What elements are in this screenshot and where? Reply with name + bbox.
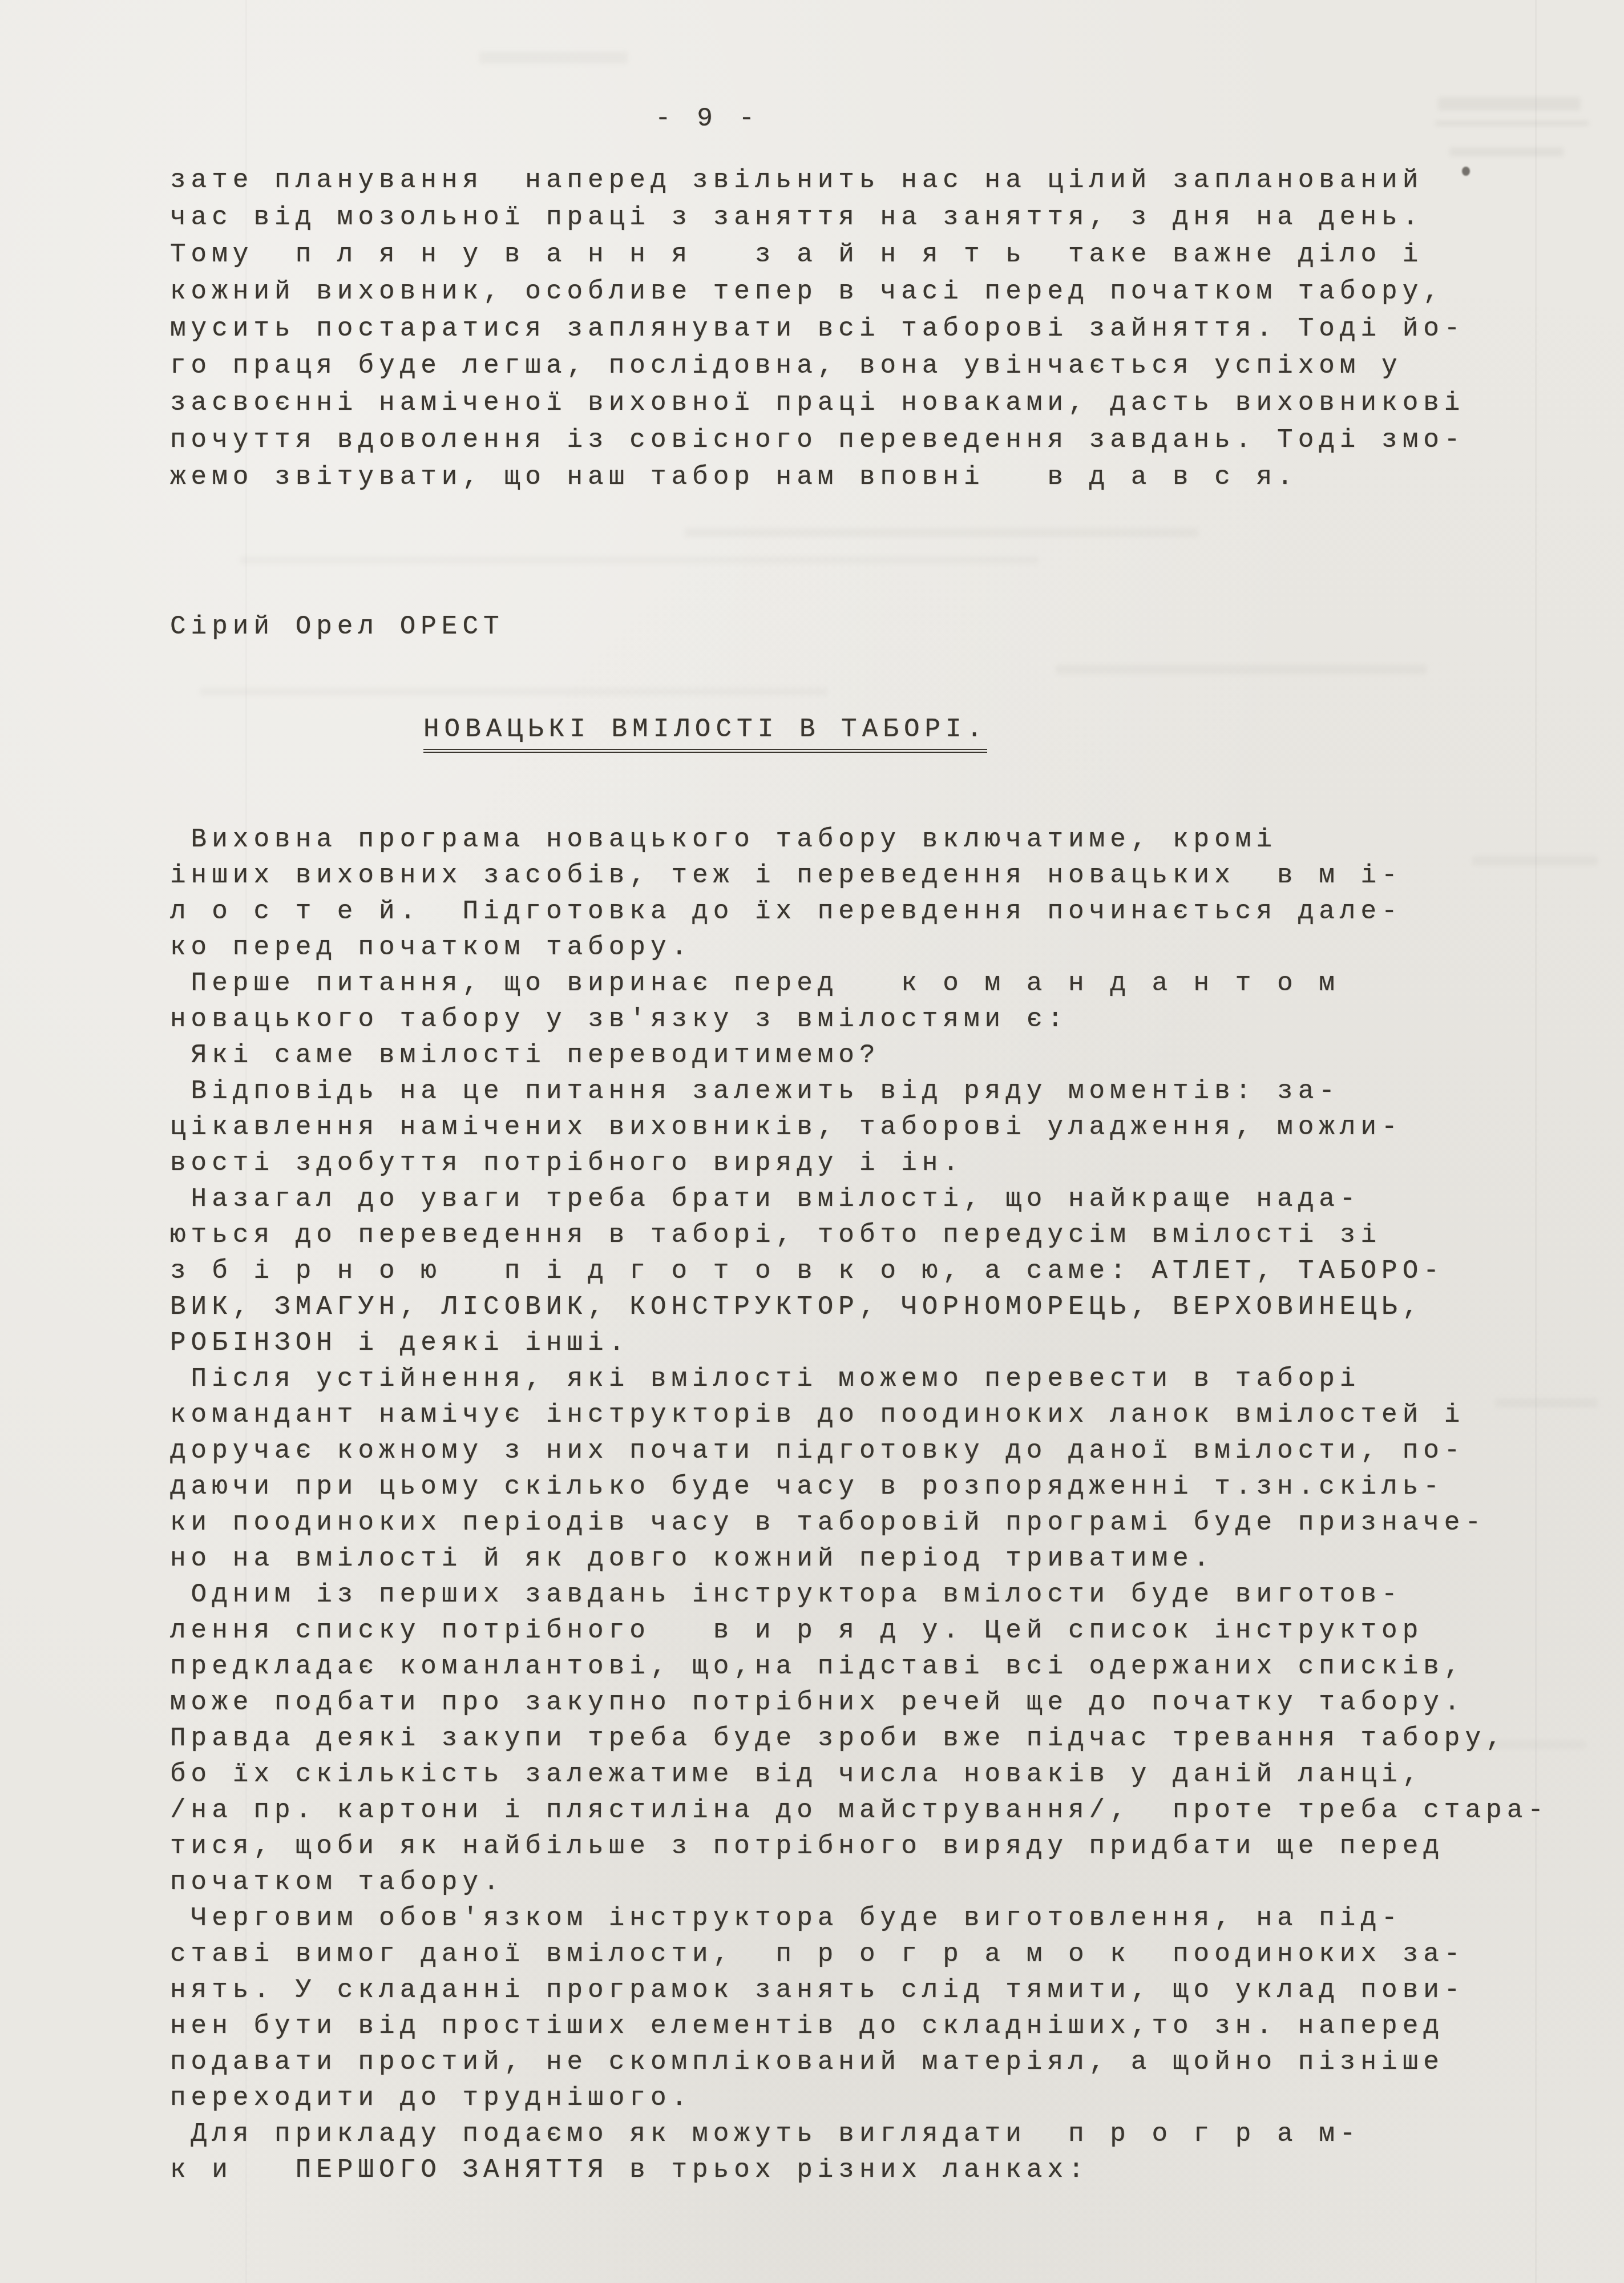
bleed-through-artifact bbox=[1449, 147, 1564, 156]
author-line: Сірий Орел ОРЕСТ bbox=[170, 612, 504, 642]
text-line: ставі вимог даної вмілости, п р о г р а … bbox=[170, 1939, 1549, 1975]
bleed-through-artifact bbox=[1438, 97, 1581, 111]
text-line: новацького табору у зв'язку з вмілостями… bbox=[170, 1005, 1549, 1040]
text-line: може подбати про закупно потрібних речей… bbox=[170, 1688, 1549, 1724]
text-line: но на вмілості й як довго кожний період … bbox=[170, 1544, 1549, 1580]
text-line: Для прикладу подаємо як можуть виглядати… bbox=[170, 2119, 1549, 2155]
section-heading: НОВАЦЬКІ ВМІЛОСТІ В ТАБОРІ. bbox=[423, 715, 987, 753]
text-line: ки поодиноких періодів часу в таборовій … bbox=[170, 1508, 1549, 1544]
text-line: командант намічує інструкторів до поодин… bbox=[170, 1400, 1549, 1436]
bleed-through-artifact bbox=[200, 688, 827, 696]
text-line: ко перед початком табору. bbox=[170, 933, 1549, 969]
text-line: інших виховних засобів, теж і переведенн… bbox=[170, 861, 1549, 897]
bleed-through-artifact bbox=[479, 51, 628, 64]
text-line: Після устійнення, які вмілості можемо пе… bbox=[170, 1364, 1549, 1400]
bleed-through-artifact bbox=[1435, 121, 1589, 126]
bleed-through-artifact bbox=[685, 528, 1198, 537]
text-line: цікавлення намічених виховників, таборов… bbox=[170, 1112, 1549, 1148]
text-line: ються до переведення в таборі, тобто пер… bbox=[170, 1220, 1549, 1256]
bleed-through-artifact bbox=[240, 556, 1039, 564]
text-line: тися, щоби як найбільше з потрібного вир… bbox=[170, 1832, 1549, 1867]
text-line: жемо звітувати, що наш табор нам вповні … bbox=[170, 462, 1465, 499]
section-heading-text: НОВАЦЬКІ ВМІЛОСТІ В ТАБОРІ. bbox=[423, 715, 987, 753]
body-text: Виховна програма новацького табору включ… bbox=[170, 825, 1549, 2191]
text-line: подавати простий, не скомплікований мате… bbox=[170, 2047, 1549, 2083]
text-line: л о с т е й. Підготовка до їх перевдення… bbox=[170, 897, 1549, 933]
text-line: Які саме вмілості переводитимемо? bbox=[170, 1040, 1549, 1076]
bleed-through-artifact bbox=[1056, 665, 1427, 674]
text-line: початком табору. bbox=[170, 1867, 1549, 1903]
text-line: к и ПЕРШОГО ЗАНЯТТЯ в трьох різних ланка… bbox=[170, 2155, 1549, 2191]
text-line: Перше питання, що виринає перед к о м а … bbox=[170, 969, 1549, 1005]
text-line: Черговим обов'язком інструктора буде виг… bbox=[170, 1903, 1549, 1939]
text-line: лення списку потрібного в и р я д у. Цей… bbox=[170, 1616, 1549, 1652]
text-line: зате планування наперед звільнить нас на… bbox=[170, 166, 1465, 203]
text-line: РОБІНЗОН і деякі інші. bbox=[170, 1328, 1549, 1364]
typewritten-page-scan: - 9 - зате планування наперед звільнить … bbox=[0, 0, 1624, 2283]
text-line: даючи при цьому скілько буде часу в розп… bbox=[170, 1472, 1549, 1508]
text-line: Виховна програма новацького табору включ… bbox=[170, 825, 1549, 861]
text-line: Правда деякі закупи треба буде зроби вже… bbox=[170, 1724, 1549, 1760]
text-line: засвоєнні наміченої виховної праці новак… bbox=[170, 388, 1465, 425]
text-line: Тому п л я н у в а н н я з а й н я т ь т… bbox=[170, 240, 1465, 277]
text-line: ВИК, ЗМАГУН, ЛІСОВИК, КОНСТРУКТОР, ЧОРНО… bbox=[170, 1292, 1549, 1328]
text-line: з б і р н о ю п і д г о т о в к о ю, а с… bbox=[170, 1256, 1549, 1292]
text-line: Відповідь на це питання залежить від ряд… bbox=[170, 1076, 1549, 1112]
text-line: час від мозольної праці з заняття на зан… bbox=[170, 203, 1465, 240]
text-line: нен бути від простіших елементів до скла… bbox=[170, 2011, 1549, 2047]
text-line: предкладає команлантові, що,на підставі … bbox=[170, 1652, 1549, 1688]
text-line: Назагал до уваги треба брати вмілості, щ… bbox=[170, 1184, 1549, 1220]
text-line: вості здобуття потрібного виряду і ін. bbox=[170, 1148, 1549, 1184]
text-line: нять. У складанні програмок занять слід … bbox=[170, 1975, 1549, 2011]
text-line: кожний виховник, особливе тепер в часі п… bbox=[170, 277, 1465, 314]
text-line: /на пр. картони і плястиліна до майструв… bbox=[170, 1796, 1549, 1832]
text-line: мусить постаратися заплянувати всі табор… bbox=[170, 314, 1465, 351]
text-line: Одним із перших завдань інструктора вміл… bbox=[170, 1580, 1549, 1616]
text-line: доручає кожному з них почати підготовку … bbox=[170, 1436, 1549, 1472]
text-line: почуття вдоволення із совісного переведе… bbox=[170, 425, 1465, 462]
page-number: - 9 - bbox=[655, 104, 760, 134]
text-line: переходити до труднішого. bbox=[170, 2083, 1549, 2119]
text-line: го праця буде легша, послідовна, вона ув… bbox=[170, 351, 1465, 388]
intro-paragraph: зате планування наперед звільнить нас на… bbox=[170, 166, 1465, 499]
text-line: бо їх скількість залежатиме від числа но… bbox=[170, 1760, 1549, 1796]
